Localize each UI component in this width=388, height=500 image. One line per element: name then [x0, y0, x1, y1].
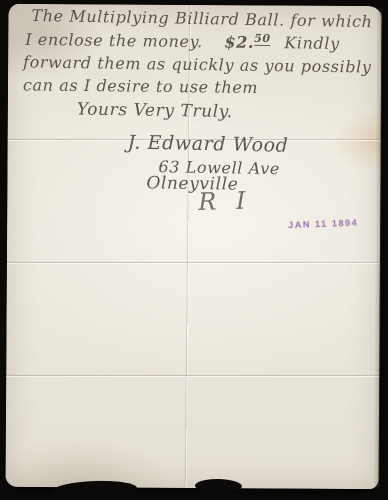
letter-body-line-4: can as I desire to use them: [23, 75, 258, 97]
price-cents-superscript: 50: [254, 32, 271, 46]
paper-edge-shadow: [374, 6, 383, 489]
letter-body-line-2: I enclose the money. $2.50 Kindly: [25, 29, 340, 53]
letter-body-line-2-continued: Kindly: [284, 33, 340, 53]
price-amount: $2.50: [224, 32, 270, 52]
photo-background: The Multiplying Billiard Ball. for which…: [0, 0, 388, 500]
fold-crease-horizontal-2: [7, 262, 380, 264]
letter-body-line-2-text: I enclose the money.: [25, 30, 203, 51]
signature: J. Edward Wood: [127, 131, 288, 156]
letter-paper: The Multiplying Billiard Ball. for which…: [6, 4, 382, 489]
price-dollars: $2.: [224, 32, 254, 51]
bottom-edge-shadow-center: [195, 479, 242, 494]
address-state-monogram: R I: [198, 186, 252, 216]
fold-crease-horizontal-3: [6, 375, 379, 377]
letter-closing: Yours Very Truly.: [77, 99, 233, 122]
letter-body-line-3: forward them as quickly as you possibly: [23, 52, 372, 76]
letter-body-line-1: The Multiplying Billiard Ball. for which: [31, 6, 372, 31]
received-date-stamp: JAN 11 1894: [288, 217, 358, 230]
